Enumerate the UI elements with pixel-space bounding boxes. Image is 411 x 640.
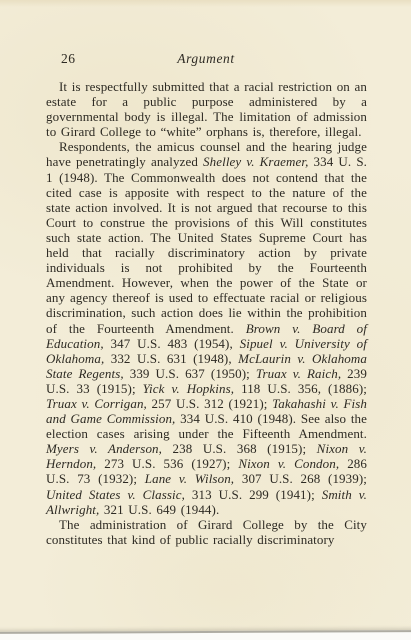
scan-edge-bottom bbox=[0, 630, 411, 640]
case-citation: Yick v. Hopkins, bbox=[143, 381, 234, 396]
document-body: It is respectfully submitted that a raci… bbox=[46, 79, 367, 547]
case-citation: United States v. Classic, bbox=[46, 487, 185, 502]
page-header: 26 Argument bbox=[46, 51, 366, 69]
paragraph: Respondents, the amicus counsel and the … bbox=[46, 139, 367, 516]
text-run: 257 U.S. 312 (1921); bbox=[147, 396, 272, 411]
text-run: 347 U.S. 483 (1954), bbox=[104, 336, 240, 351]
text-run: 332 U.S. 631 (1948), bbox=[104, 351, 238, 366]
paragraph: It is respectfully submitted that a raci… bbox=[46, 79, 367, 139]
case-citation: Truax v. Corrigan, bbox=[46, 396, 147, 411]
text-run: 339 U.S. 637 (1950); bbox=[124, 366, 256, 381]
page-title: Argument bbox=[46, 51, 366, 67]
text-run: 238 U.S. 368 (1915); bbox=[162, 441, 317, 456]
case-citation: Nixon v. Condon, bbox=[238, 456, 339, 471]
document-page: 26 Argument It is respectfully submitted… bbox=[0, 0, 411, 640]
text-run: 273 U.S. 536 (1927); bbox=[96, 456, 238, 471]
text-run: It is respectfully submitted that a raci… bbox=[46, 79, 367, 139]
case-citation: Shelley v. Kraemer, bbox=[203, 154, 308, 169]
case-citation: Myers v. Anderson, bbox=[46, 441, 162, 456]
text-run: 307 U.S. 268 (1939); bbox=[234, 471, 367, 486]
case-citation: Lane v. Wilson, bbox=[145, 471, 234, 486]
case-citation: Truax v. Raich, bbox=[256, 366, 341, 381]
text-run: 313 U.S. 299 (1941); bbox=[185, 487, 322, 502]
text-run: 118 U.S. 356, (1886); bbox=[234, 381, 367, 396]
paragraph: The administration of Girard College by … bbox=[46, 517, 367, 547]
text-run: The administration of Girard College by … bbox=[46, 517, 367, 547]
text-run: 334 U. S. 1 (1948). The Commonwealth doe… bbox=[46, 154, 367, 335]
text-run: 321 U.S. 649 (1944). bbox=[99, 502, 219, 517]
